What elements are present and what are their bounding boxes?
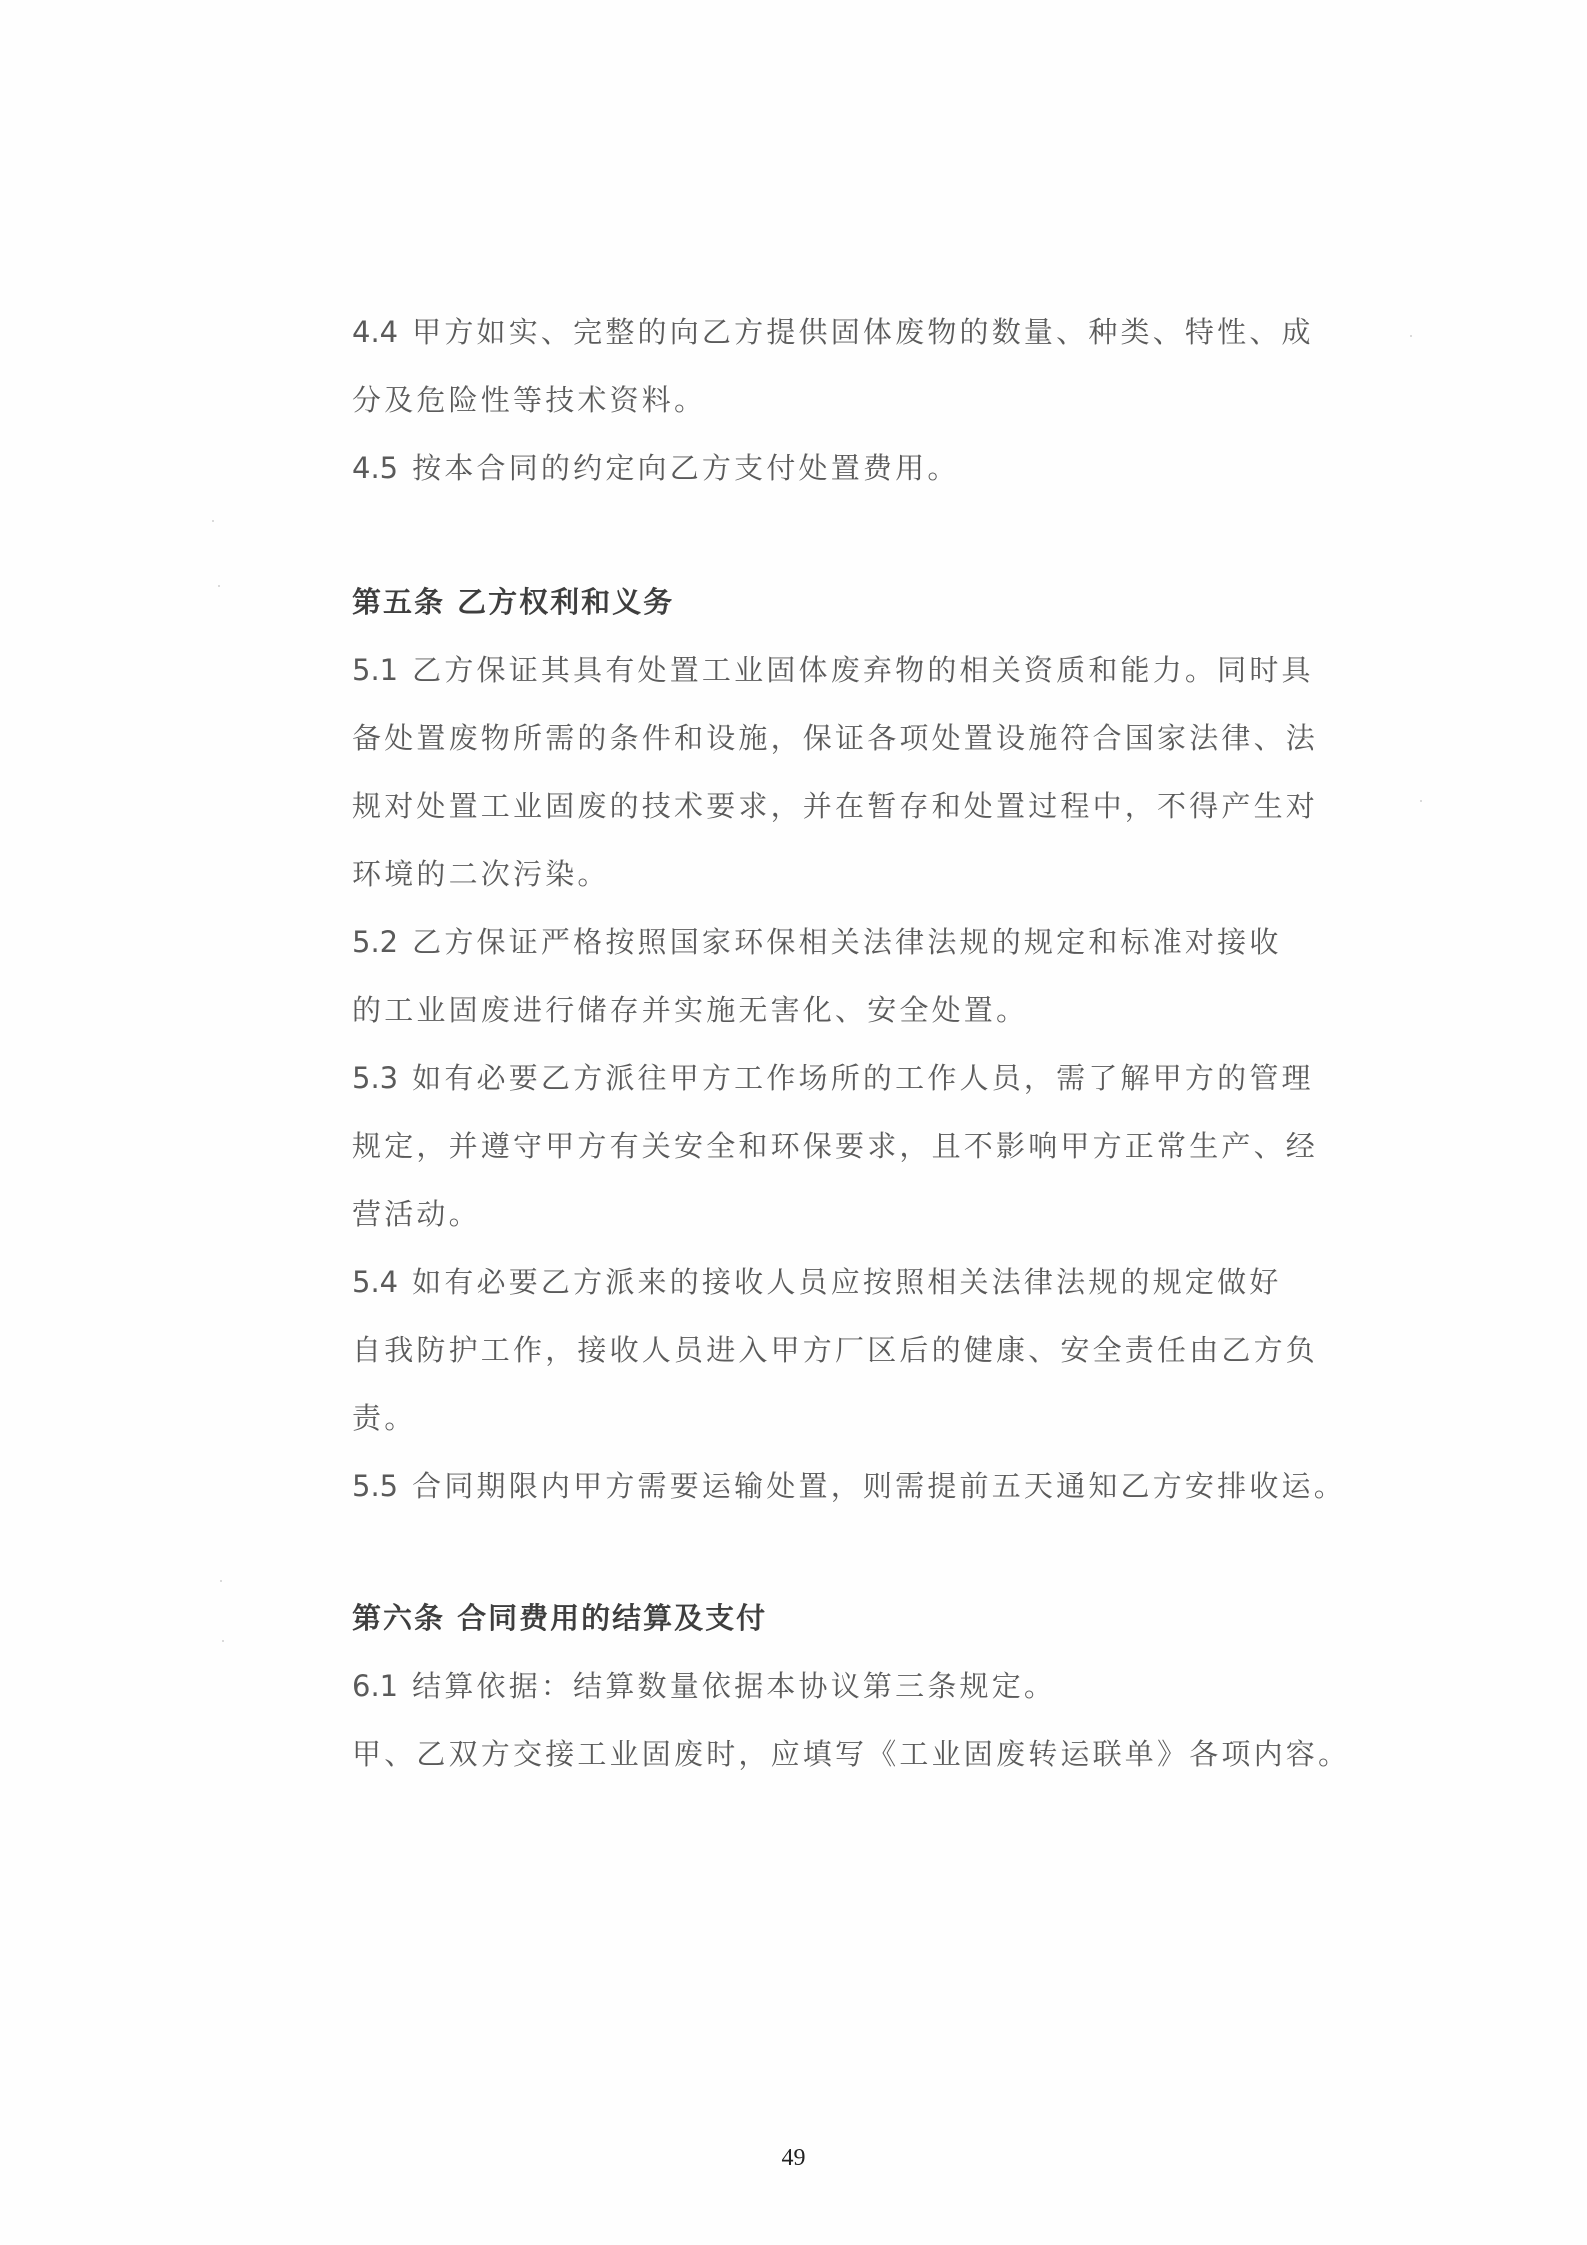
clause-number: 5.3: [352, 1058, 398, 1098]
page-number: 49: [0, 2145, 1587, 2172]
clause-5-4-line-3: 责。: [352, 1398, 416, 1438]
scan-speck: [218, 585, 220, 587]
clause-text: 结算依据：结算数量依据本协议第三条规定。: [412, 1669, 1056, 1703]
clause-4-5: 4.5按本合同的约定向乙方支付处置费用。: [352, 448, 960, 488]
scan-speck: [212, 520, 214, 522]
article-5-heading: 第五条 乙方权利和义务: [352, 582, 674, 622]
clause-text: 营活动。: [352, 1197, 481, 1231]
clause-5-3-line-1: 5.3如有必要乙方派往甲方工作场所的工作人员，需了解甲方的管理: [352, 1058, 1314, 1098]
clause-6-1-continued: 甲、乙双方交接工业固废时，应填写《工业固废转运联单》各项内容。: [352, 1734, 1350, 1774]
clause-5-2-line-2: 的工业固废进行储存并实施无害化、安全处置。: [352, 990, 1028, 1030]
scan-speck: [220, 1580, 222, 1582]
clause-number: 5.4: [352, 1262, 398, 1302]
clause-text: 备处置废物所需的条件和设施，保证各项处置设施符合国家法律、法: [352, 721, 1318, 755]
clause-text: 环境的二次污染。: [352, 857, 610, 891]
clause-text: 规定，并遵守甲方有关安全和环保要求，且不影响甲方正常生产、经: [352, 1129, 1318, 1163]
clause-text: 如有必要乙方派来的接收人员应按照相关法律法规的规定做好: [412, 1265, 1281, 1299]
clause-number: 5.1: [352, 650, 398, 690]
clause-5-3-line-2: 规定，并遵守甲方有关安全和环保要求，且不影响甲方正常生产、经: [352, 1126, 1318, 1166]
clause-number: 6.1: [352, 1666, 398, 1706]
scan-speck: [1420, 800, 1422, 802]
article-6-heading: 第六条 合同费用的结算及支付: [352, 1598, 767, 1638]
clause-number: 4.5: [352, 448, 398, 488]
clause-text: 如有必要乙方派往甲方工作场所的工作人员，需了解甲方的管理: [412, 1061, 1314, 1095]
clause-5-1-line-1: 5.1乙方保证其具有处置工业固体废弃物的相关资质和能力。同时具: [352, 650, 1314, 690]
clause-text: 责。: [352, 1401, 416, 1435]
clause-text: 乙方保证严格按照国家环保相关法律法规的规定和标准对接收: [412, 925, 1281, 959]
clause-text: 分及危险性等技术资料。: [352, 383, 706, 417]
clause-5-1-line-3: 规对处置工业固废的技术要求，并在暂存和处置过程中，不得产生对: [352, 786, 1318, 826]
clause-5-1-line-2: 备处置废物所需的条件和设施，保证各项处置设施符合国家法律、法: [352, 718, 1318, 758]
clause-5-3-line-3: 营活动。: [352, 1194, 481, 1234]
clause-6-1: 6.1结算依据：结算数量依据本协议第三条规定。: [352, 1666, 1056, 1706]
clause-5-4-line-2: 自我防护工作，接收人员进入甲方厂区后的健康、安全责任由乙方负: [352, 1330, 1318, 1370]
clause-number: 5.5: [352, 1466, 398, 1506]
clause-text: 的工业固废进行储存并实施无害化、安全处置。: [352, 993, 1028, 1027]
clause-number: 4.4: [352, 312, 398, 352]
clause-5-2-line-1: 5.2乙方保证严格按照国家环保相关法律法规的规定和标准对接收: [352, 922, 1282, 962]
clause-text: 乙方保证其具有处置工业固体废弃物的相关资质和能力。同时具: [412, 653, 1314, 687]
clause-number: 5.2: [352, 922, 398, 962]
clause-4-4-line-2: 分及危险性等技术资料。: [352, 380, 706, 420]
document-page: 4.4甲方如实、完整的向乙方提供固体废物的数量、种类、特性、成 分及危险性等技术…: [0, 0, 1587, 2245]
clause-text: 自我防护工作，接收人员进入甲方厂区后的健康、安全责任由乙方负: [352, 1333, 1318, 1367]
clause-text: 甲、乙双方交接工业固废时，应填写《工业固废转运联单》各项内容。: [352, 1737, 1350, 1771]
clause-text: 规对处置工业固废的技术要求，并在暂存和处置过程中，不得产生对: [352, 789, 1318, 823]
clause-5-1-line-4: 环境的二次污染。: [352, 854, 610, 894]
clause-5-4-line-1: 5.4如有必要乙方派来的接收人员应按照相关法律法规的规定做好: [352, 1262, 1282, 1302]
clause-text: 甲方如实、完整的向乙方提供固体废物的数量、种类、特性、成: [412, 315, 1314, 349]
scan-speck: [1410, 335, 1412, 337]
clause-text: 合同期限内甲方需要运输处置，则需提前五天通知乙方安排收运。: [412, 1469, 1346, 1503]
scan-speck: [222, 1640, 224, 1642]
clause-4-4-line-1: 4.4甲方如实、完整的向乙方提供固体废物的数量、种类、特性、成: [352, 312, 1314, 352]
clause-text: 按本合同的约定向乙方支付处置费用。: [412, 451, 959, 485]
clause-5-5: 5.5合同期限内甲方需要运输处置，则需提前五天通知乙方安排收运。: [352, 1466, 1346, 1506]
